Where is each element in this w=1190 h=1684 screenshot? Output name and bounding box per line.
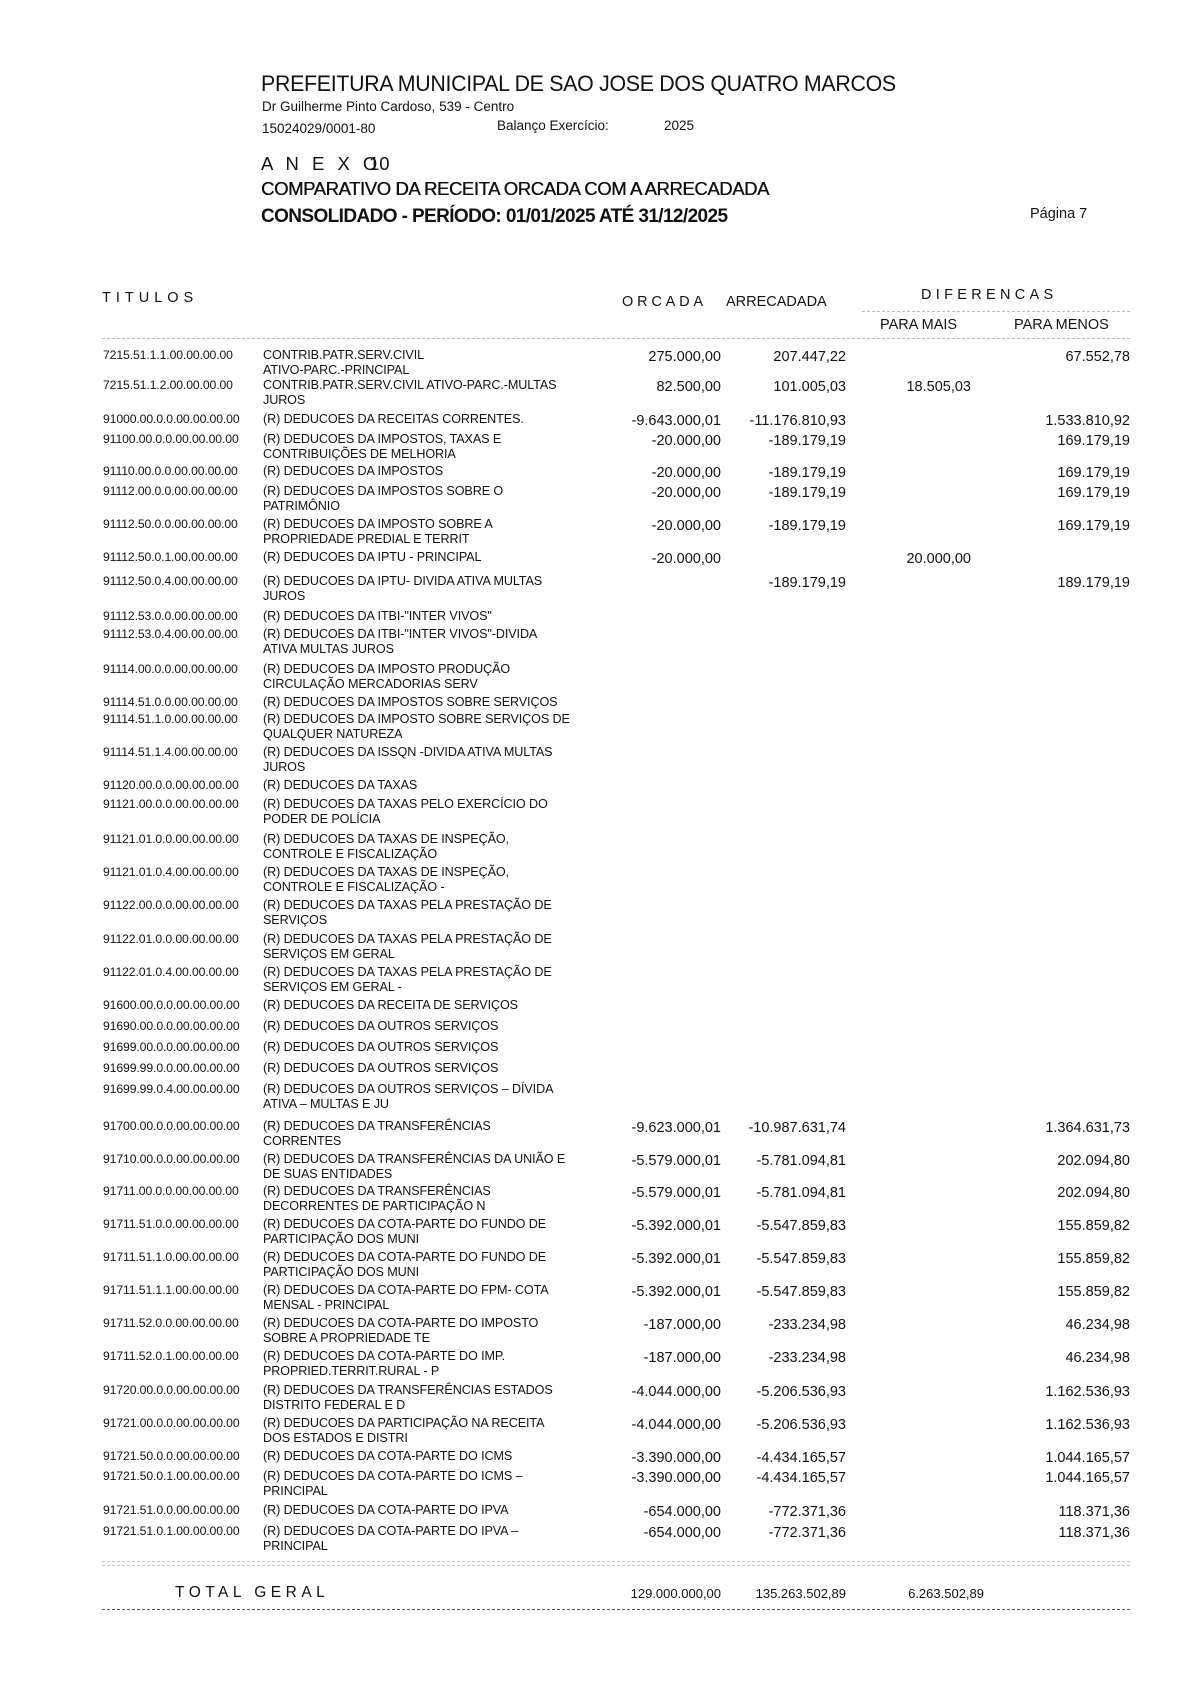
account-description: (R) DEDUCOES DA COTA-PARTE DO FPM- COTA … (263, 1283, 623, 1313)
value-arrecadada: -772.371,36 (769, 1525, 846, 1541)
account-code: 91721.00.0.0.00.00.00.00 (103, 1416, 259, 1430)
value-para-menos: 169.179,19 (1057, 433, 1130, 449)
value-arrecadada: -189.179,19 (769, 485, 846, 501)
balanco-year: 2025 (664, 118, 694, 133)
account-code: 91721.51.0.0.00.00.00.00 (103, 1503, 259, 1517)
account-code: 91122.01.0.4.00.00.00.00 (103, 965, 259, 979)
value-arrecadada: -10.987.631,74 (748, 1120, 846, 1136)
total-divider-top (102, 1561, 1130, 1566)
account-description: (R) DEDUCOES DA COTA-PARTE DO IPVA (263, 1503, 623, 1518)
account-code: 91720.00.0.0.00.00.00.00 (103, 1383, 259, 1397)
balanco-label: Balanço Exercício: (497, 118, 609, 133)
value-arrecadada: -772.371,36 (769, 1504, 846, 1520)
account-description: (R) DEDUCOES DA PARTICIPAÇÃO NA RECEITA … (263, 1416, 623, 1446)
column-header-titulos: TITULOS (102, 290, 198, 306)
value-orcada: -20.000,00 (652, 551, 721, 567)
total-label: TOTAL GERAL (175, 1584, 329, 1602)
account-description: (R) DEDUCOES DA TAXAS PELA PRESTAÇÃO DE … (263, 965, 623, 995)
account-code: 91699.99.0.4.00.00.00.00 (103, 1082, 259, 1096)
account-code: 91112.50.0.1.00.00.00.00 (103, 550, 259, 564)
value-para-menos: 1.533.810,92 (1045, 413, 1130, 429)
value-para-menos: 202.094,80 (1057, 1153, 1130, 1169)
value-arrecadada: -11.176.810,93 (750, 413, 846, 429)
account-code: 91114.00.0.0.00.00.00.00 (103, 662, 259, 676)
account-description: (R) DEDUCOES DA IPTU - PRINCIPAL (263, 550, 623, 565)
account-description: (R) DEDUCOES DA IMPOSTOS (263, 464, 623, 479)
diferencas-divider (862, 311, 1130, 312)
value-orcada: -5.579.000,01 (632, 1185, 722, 1201)
account-code: 91000.00.0.0.00.00.00.00 (103, 412, 259, 426)
value-para-mais: 18.505,03 (906, 379, 971, 395)
account-description: (R) DEDUCOES DA ITBI-"INTER VIVOS"-DIVID… (263, 627, 623, 657)
value-para-menos: 1.162.536,93 (1045, 1417, 1130, 1433)
account-description: (R) DEDUCOES DA ISSQN -DIVIDA ATIVA MULT… (263, 745, 623, 775)
account-code: 91711.51.1.0.00.00.00.00 (103, 1250, 259, 1264)
account-description: (R) DEDUCOES DA TRANSFERÊNCIAS ESTADOS D… (263, 1383, 623, 1413)
account-code: 91114.51.0.0.00.00.00.00 (103, 695, 259, 709)
value-arrecadada: -189.179,19 (769, 575, 846, 591)
column-header-diferencas: DIFERENCAS (921, 287, 1057, 303)
account-code: 91110.00.0.0.00.00.00.00 (103, 464, 259, 478)
value-arrecadada: -5.781.094,81 (757, 1153, 847, 1169)
account-description: (R) DEDUCOES DA OUTROS SERVIÇOS (263, 1019, 623, 1034)
account-code: 91121.01.0.4.00.00.00.00 (103, 865, 259, 879)
account-code: 91690.00.0.0.00.00.00.00 (103, 1019, 259, 1033)
anexo-label: A N E X O (261, 153, 381, 175)
account-code: 91699.99.0.0.00.00.00.00 (103, 1061, 259, 1075)
total-divider-bottom (102, 1609, 1130, 1610)
value-para-menos: 118.371,36 (1059, 1504, 1131, 1520)
total-arrecadada: 135.263.502,89 (756, 1586, 846, 1601)
account-description: (R) DEDUCOES DA COTA-PARTE DO IPVA – PRI… (263, 1524, 623, 1554)
value-para-menos: 118.371,36 (1059, 1525, 1131, 1541)
account-description: (R) DEDUCOES DA IMPOSTOS SOBRE SERVIÇOS (263, 695, 623, 710)
account-code: 7215.51.1.1.00.00.00.00 (103, 348, 259, 362)
account-code: 91711.51.1.1.00.00.00.00 (103, 1283, 259, 1297)
account-description: (R) DEDUCOES DA TRANSFERÊNCIAS DA UNIÃO … (263, 1152, 623, 1182)
account-code: 91710.00.0.0.00.00.00.00 (103, 1152, 259, 1166)
value-para-menos: 155.859,82 (1057, 1218, 1130, 1234)
value-arrecadada: -5.547.859,83 (757, 1251, 847, 1267)
value-orcada: -5.392.000,01 (632, 1251, 722, 1267)
account-description: (R) DEDUCOES DA IMPOSTO PRODUÇÃO CIRCULA… (263, 662, 623, 692)
account-code: 91112.00.0.0.00.00.00.00 (103, 484, 259, 498)
account-code: 91699.00.0.0.00.00.00.00 (103, 1040, 259, 1054)
value-orcada: -5.392.000,01 (632, 1218, 722, 1234)
account-code: 91112.50.0.0.00.00.00.00 (103, 517, 259, 531)
account-description: (R) DEDUCOES DA OUTROS SERVIÇOS (263, 1040, 623, 1055)
account-code: 91721.50.0.1.00.00.00.00 (103, 1469, 259, 1483)
value-orcada: -5.392.000,01 (632, 1284, 722, 1300)
column-header-para-mais: PARA MAIS (880, 317, 957, 333)
account-description: (R) DEDUCOES DA TRANSFERÊNCIAS DECORRENT… (263, 1184, 623, 1214)
account-code: 91114.51.1.4.00.00.00.00 (103, 745, 259, 759)
account-description: (R) DEDUCOES DA COTA-PARTE DO IMP. PROPR… (263, 1349, 623, 1379)
report-period: CONSOLIDADO - PERÍODO: 01/01/2025 ATÉ 31… (261, 206, 727, 228)
account-code: 91711.52.0.0.00.00.00.00 (103, 1316, 259, 1330)
value-orcada: -9.623.000,01 (632, 1120, 722, 1136)
value-para-mais: 20.000,00 (906, 551, 971, 567)
account-description: (R) DEDUCOES DA COTA-PARTE DO ICMS – PRI… (263, 1469, 623, 1499)
value-orcada: -20.000,00 (652, 485, 721, 501)
account-code: 91121.00.0.0.00.00.00.00 (103, 797, 259, 811)
account-description: (R) DEDUCOES DA COTA-PARTE DO ICMS (263, 1449, 623, 1464)
account-code: 91700.00.0.0.00.00.00.00 (103, 1119, 259, 1133)
value-orcada: -187.000,00 (644, 1317, 721, 1333)
account-description: (R) DEDUCOES DA ITBI-"INTER VIVOS" (263, 609, 623, 624)
value-orcada: -9.643.000,01 (632, 413, 722, 429)
value-orcada: 275.000,00 (648, 349, 721, 365)
value-para-menos: 1.364.631,73 (1045, 1120, 1130, 1136)
account-code: 91600.00.0.0.00.00.00.00 (103, 998, 259, 1012)
value-arrecadada: -189.179,19 (769, 433, 846, 449)
value-arrecadada: -4.434.165,57 (757, 1450, 847, 1466)
value-arrecadada: -5.781.094,81 (757, 1185, 847, 1201)
account-code: 91120.00.0.0.00.00.00.00 (103, 778, 259, 792)
value-para-menos: 1.162.536,93 (1045, 1384, 1130, 1400)
total-para-mais: 6.263.502,89 (908, 1586, 984, 1601)
value-orcada: -20.000,00 (652, 518, 721, 534)
account-code: 91122.00.0.0.00.00.00.00 (103, 898, 259, 912)
value-para-menos: 155.859,82 (1057, 1284, 1130, 1300)
value-para-menos: 46.234,98 (1065, 1317, 1130, 1333)
value-para-menos: 169.179,19 (1057, 465, 1130, 481)
column-header-arrecadada: ARRECADADA (726, 294, 827, 310)
entity-name: PREFEITURA MUNICIPAL DE SAO JOSE DOS QUA… (261, 71, 896, 97)
account-description: (R) DEDUCOES DA IMPOSTO SOBRE SERVIÇOS D… (263, 712, 623, 742)
value-para-menos: 169.179,19 (1057, 518, 1130, 534)
total-orcada: 129.000.000,00 (631, 1586, 721, 1601)
account-description: (R) DEDUCOES DA OUTROS SERVIÇOS – DÍVIDA… (263, 1082, 623, 1112)
account-code: 91121.01.0.0.00.00.00.00 (103, 832, 259, 846)
account-description: (R) DEDUCOES DA TAXAS PELA PRESTAÇÃO DE … (263, 898, 623, 928)
account-description: (R) DEDUCOES DA IMPOSTOS SOBRE O PATRIMÔ… (263, 484, 623, 514)
account-description: (R) DEDUCOES DA IPTU- DIVIDA ATIVA MULTA… (263, 574, 623, 604)
account-description: (R) DEDUCOES DA TAXAS DE INSPEÇÃO, CONTR… (263, 832, 623, 862)
value-arrecadada: 101.005,03 (773, 379, 846, 395)
account-description: (R) DEDUCOES DA RECEITA DE SERVIÇOS (263, 998, 623, 1013)
account-code: 91721.50.0.0.00.00.00.00 (103, 1449, 259, 1463)
account-description: (R) DEDUCOES DA OUTROS SERVIÇOS (263, 1061, 623, 1076)
value-orcada: -4.044.000,00 (632, 1384, 722, 1400)
account-description: (R) DEDUCOES DA TRANSFERÊNCIAS CORRENTES (263, 1119, 623, 1149)
report-title: COMPARATIVO DA RECEITA ORCADA COM A ARRE… (261, 178, 769, 200)
account-code: 91711.52.0.1.00.00.00.00 (103, 1349, 259, 1363)
account-code: 91100.00.0.0.00.00.00.00 (103, 432, 259, 446)
value-para-menos: 169.179,19 (1057, 485, 1130, 501)
value-arrecadada: -233.234,98 (769, 1317, 846, 1333)
value-arrecadada: -189.179,19 (769, 518, 846, 534)
value-para-menos: 202.094,80 (1057, 1185, 1130, 1201)
account-code: 91122.01.0.0.00.00.00.00 (103, 932, 259, 946)
value-orcada: -187.000,00 (644, 1350, 721, 1366)
account-code: 91112.53.0.0.00.00.00.00 (103, 609, 259, 623)
account-code: 91711.51.0.0.00.00.00.00 (103, 1217, 259, 1231)
account-code: 91112.53.0.4.00.00.00.00 (103, 627, 259, 641)
account-code: 91721.51.0.1.00.00.00.00 (103, 1524, 259, 1538)
account-description: (R) DEDUCOES DA IMPOSTO SOBRE A PROPRIED… (263, 517, 623, 547)
value-orcada: -20.000,00 (652, 433, 721, 449)
column-header-orcada: ORCADA (622, 294, 707, 310)
value-orcada: -4.044.000,00 (632, 1417, 722, 1433)
account-code: 91114.51.1.0.00.00.00.00 (103, 712, 259, 726)
value-orcada: -3.390.000,00 (632, 1450, 722, 1466)
account-description: (R) DEDUCOES DA TAXAS DE INSPEÇÃO, CONTR… (263, 865, 623, 895)
account-description: (R) DEDUCOES DA TAXAS PELO EXERCÍCIO DO … (263, 797, 623, 827)
header-divider (102, 338, 1130, 339)
account-code: 91711.00.0.0.00.00.00.00 (103, 1184, 259, 1198)
account-description: (R) DEDUCOES DA COTA-PARTE DO FUNDO DE P… (263, 1217, 623, 1247)
value-para-menos: 67.552,78 (1065, 349, 1130, 365)
value-orcada: 82.500,00 (656, 379, 721, 395)
account-description: CONTRIB.PATR.SERV.CIVIL ATIVO-PARC.-MULT… (263, 378, 623, 408)
anexo-number: 10 (369, 153, 390, 175)
value-orcada: -654.000,00 (644, 1525, 721, 1541)
page-number: Página 7 (1030, 206, 1087, 222)
account-description: (R) DEDUCOES DA RECEITAS CORRENTES. (263, 412, 623, 427)
column-header-para-menos: PARA MENOS (1014, 317, 1109, 333)
value-arrecadada: -5.547.859,83 (757, 1218, 847, 1234)
value-arrecadada: -5.547.859,83 (757, 1284, 847, 1300)
account-description: (R) DEDUCOES DA TAXAS (263, 778, 623, 793)
entity-address: Dr Guilherme Pinto Cardoso, 539 - Centro (262, 99, 514, 114)
value-arrecadada: 207.447,22 (773, 349, 846, 365)
account-description: (R) DEDUCOES DA COTA-PARTE DO FUNDO DE P… (263, 1250, 623, 1280)
value-orcada: -3.390.000,00 (632, 1470, 722, 1486)
value-arrecadada: -233.234,98 (769, 1350, 846, 1366)
value-orcada: -654.000,00 (644, 1504, 721, 1520)
value-arrecadada: -5.206.536,93 (757, 1384, 847, 1400)
value-para-menos: 46.234,98 (1065, 1350, 1130, 1366)
value-arrecadada: -189.179,19 (769, 465, 846, 481)
value-orcada: -20.000,00 (652, 465, 721, 481)
account-code: 7215.51.1.2.00.00.00.00 (103, 378, 259, 392)
account-description: (R) DEDUCOES DA TAXAS PELA PRESTAÇÃO DE … (263, 932, 623, 962)
value-arrecadada: -4.434.165,57 (757, 1470, 847, 1486)
value-orcada: -5.579.000,01 (632, 1153, 722, 1169)
value-para-menos: 189.179,19 (1057, 575, 1130, 591)
value-arrecadada: -5.206.536,93 (757, 1417, 847, 1433)
account-description: (R) DEDUCOES DA IMPOSTOS, TAXAS E CONTRI… (263, 432, 623, 462)
account-description: CONTRIB.PATR.SERV.CIVIL ATIVO-PARC.-PRIN… (263, 348, 623, 378)
entity-cnpj: 15024029/0001-80 (262, 121, 375, 136)
account-description: (R) DEDUCOES DA COTA-PARTE DO IMPOSTO SO… (263, 1316, 623, 1346)
value-para-menos: 1.044.165,57 (1045, 1450, 1130, 1466)
account-code: 91112.50.0.4.00.00.00.00 (103, 574, 259, 588)
value-para-menos: 155.859,82 (1057, 1251, 1130, 1267)
value-para-menos: 1.044.165,57 (1045, 1470, 1130, 1486)
